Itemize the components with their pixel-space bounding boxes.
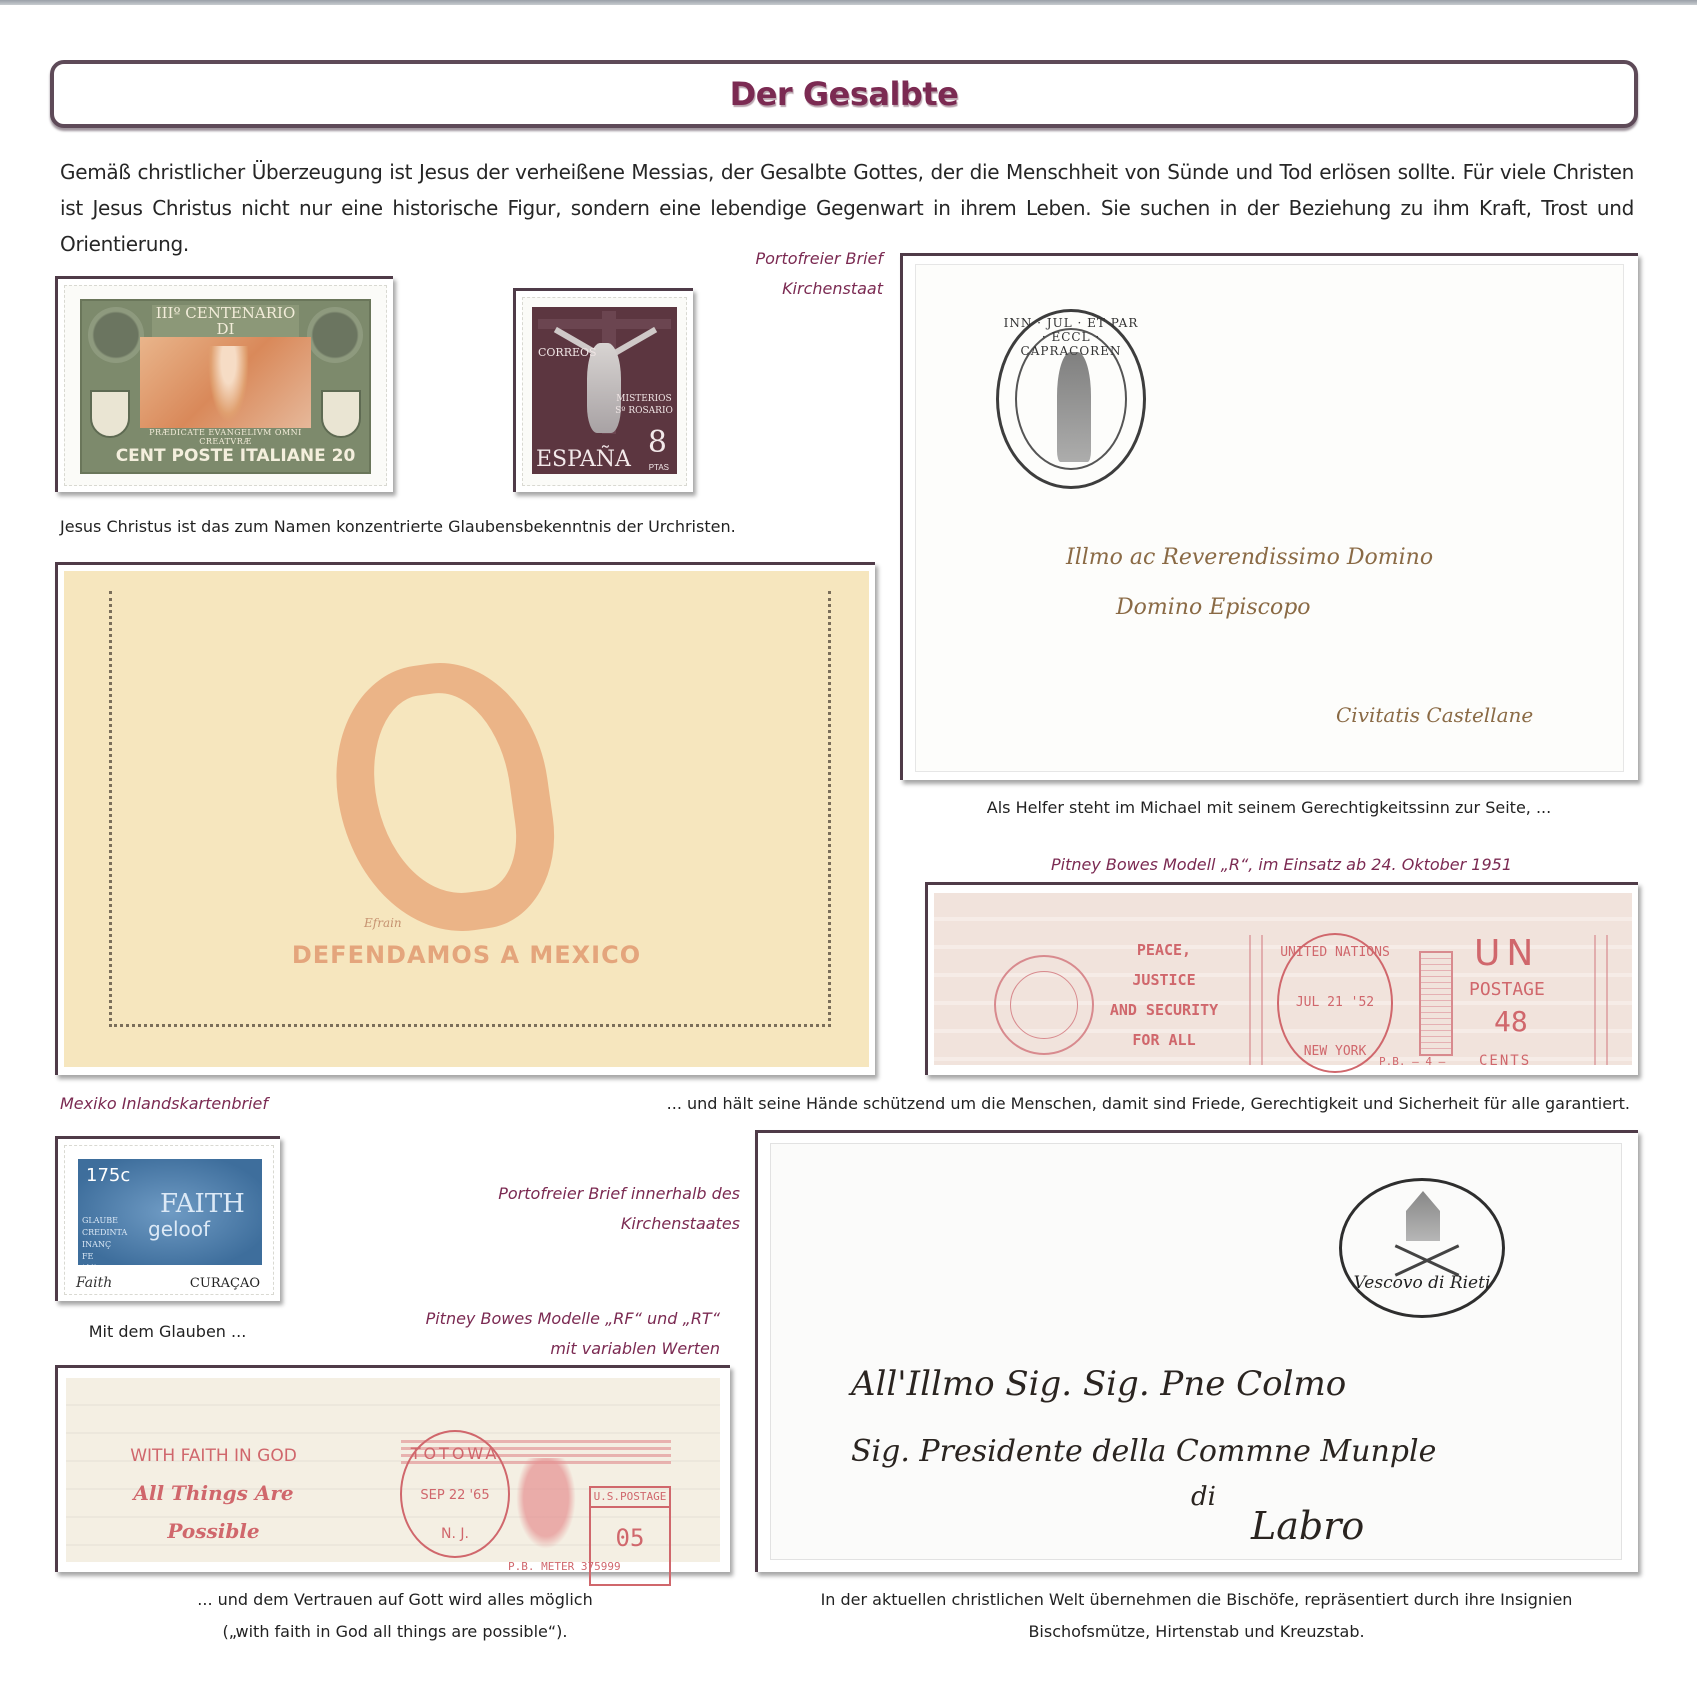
italy-stamp-value: CENT POSTE ITALIANE 20 bbox=[112, 446, 359, 466]
artist-signature: Efrain bbox=[364, 916, 402, 930]
totowa-meter-label: Pitney Bowes Modelle „RF“ und „RT“ mit v… bbox=[360, 1304, 720, 1364]
mexico-lettercard: Efrain DEFENDAMOS A MEXICO bbox=[55, 562, 875, 1075]
spain-stamp-correos: CORREOS bbox=[538, 347, 550, 359]
un-building-icon bbox=[1419, 951, 1453, 1056]
jesus-preaching-scene bbox=[140, 337, 311, 428]
caption-faith: Mit dem Glauben ... bbox=[55, 1316, 280, 1348]
un-slogan: PEACE, JUSTICE AND SECURITY FOR ALL bbox=[1094, 935, 1234, 1055]
italy-stamp-motto: PRÆDICATE EVANGELIVM OMNI CREATVRÆ bbox=[140, 428, 311, 442]
bishop-seal: Vescovo di Rieti bbox=[1339, 1178, 1505, 1318]
kirchenstaat-letter: INN · JUL · ET PAR · ECCL · CAPRACOREN I… bbox=[900, 253, 1638, 780]
un-header: UN bbox=[1474, 933, 1539, 974]
spain-stamp-unit: PTAS bbox=[649, 463, 669, 472]
totowa-postmark: TOTOWA SEP 22 '65 N. J. bbox=[400, 1430, 510, 1558]
archangel-michael-figure bbox=[1057, 352, 1091, 462]
un-meter-label: Pitney Bowes Modell „R“, im Einsatz ab 2… bbox=[925, 850, 1638, 880]
letter1-label: Portofreier Brief Kirchenstaat bbox=[690, 244, 883, 304]
title-box: Der Gesalbte bbox=[50, 60, 1638, 128]
totowa-slogan-line1: WITH FAITH IN GOD bbox=[106, 1446, 321, 1466]
letter1-address-line3: Civitatis Castellane bbox=[1336, 703, 1533, 727]
un-meter-strip: PEACE, JUSTICE AND SECURITY FOR ALL UNIT… bbox=[925, 882, 1638, 1075]
mexico-slogan: DEFENDAMOS A MEXICO bbox=[64, 941, 869, 969]
spain-stamp-value: 8 bbox=[648, 425, 667, 460]
totowa-slogan-script: All Things Are Possible bbox=[106, 1474, 321, 1550]
curacao-word-geloof: geloof bbox=[148, 1217, 210, 1241]
savoy-shield-icon bbox=[90, 390, 130, 438]
spain-stamp: CORREOS MISTERIOS Sº ROSARIO ESPAÑA 8 PT… bbox=[513, 288, 693, 492]
spain-stamp-country: ESPAÑA bbox=[536, 447, 631, 472]
vescovo-letter: Vescovo di Rieti All'Illmo Sig. Sig. Pne… bbox=[755, 1130, 1638, 1572]
un-emblem-icon bbox=[994, 955, 1094, 1055]
eagle-icon bbox=[511, 1458, 581, 1558]
letter1-address-line2: Domino Episcopo bbox=[1116, 595, 1311, 620]
page-title: Der Gesalbte bbox=[730, 75, 959, 113]
un-unit: CENTS bbox=[1479, 1053, 1531, 1069]
letter1-address-line1: Illmo ac Reverendissimo Domino bbox=[1066, 545, 1433, 570]
curacao-word-faith: FAITH bbox=[160, 1189, 245, 1219]
letter2-address-line2: Sig. Presidente della Commne Munple bbox=[851, 1434, 1436, 1469]
caption-bishops: In der aktuellen christlichen Welt übern… bbox=[755, 1584, 1638, 1648]
curacao-value: 175c bbox=[86, 1165, 130, 1186]
un-postage: POSTAGE bbox=[1469, 979, 1545, 1000]
letter2-address-line4: Labro bbox=[1251, 1504, 1364, 1548]
portrait-medallion-left bbox=[88, 307, 144, 363]
curacao-script: Faith bbox=[76, 1275, 112, 1291]
mitre-icon bbox=[1406, 1191, 1440, 1241]
scan-edge bbox=[0, 0, 1697, 5]
curacao-stamp: 175c FAITH geloof GLAUBE CREDINTA INANÇ … bbox=[55, 1136, 280, 1301]
protecting-hands-image bbox=[321, 650, 567, 947]
letter2-label: Portofreier Brief innerhalb des Kirchens… bbox=[440, 1179, 740, 1239]
un-value: 48 bbox=[1494, 1005, 1528, 1038]
totowa-meter-strip: WITH FAITH IN GOD All Things Are Possibl… bbox=[55, 1365, 730, 1572]
letter2-address-line1: All'Illmo Sig. Sig. Pne Colmo bbox=[851, 1364, 1346, 1404]
curacao-country: CURAÇAO bbox=[190, 1276, 260, 1291]
caption-hands: ... und hält seine Hände schützend um di… bbox=[640, 1088, 1630, 1120]
totowa-meter-number: P.B. METER 375999 bbox=[508, 1560, 621, 1573]
caption-stamps: Jesus Christus ist das zum Namen konzent… bbox=[60, 511, 736, 543]
un-meter-number: P.B. – 4 – bbox=[1379, 1055, 1445, 1068]
order-shield-icon bbox=[321, 390, 361, 438]
letter2-address-line3: di bbox=[1191, 1482, 1216, 1512]
italy-stamp: IIIº CENTENARIO DI PROPAGANDA FIDE PRÆDI… bbox=[55, 276, 393, 492]
st-michael-seal: INN · JUL · ET PAR · ECCL · CAPRACOREN bbox=[996, 309, 1146, 489]
mexico-label: Mexiko Inlandskartenbrief bbox=[60, 1089, 268, 1119]
portrait-medallion-right bbox=[307, 307, 363, 363]
un-postmark: UNITED NATIONS JUL 21 '52 NEW YORK bbox=[1277, 933, 1393, 1073]
curacao-other-words: GLAUBE CREDINTA INANÇ FE 诚信 bbox=[82, 1215, 127, 1265]
caption-trust: ... und dem Vertrauen auf Gott wird alle… bbox=[60, 1584, 730, 1648]
caption-michael: Als Helfer steht im Michael mit seinem G… bbox=[900, 792, 1638, 824]
spain-stamp-motto: MISTERIOS Sº ROSARIO bbox=[615, 393, 673, 417]
